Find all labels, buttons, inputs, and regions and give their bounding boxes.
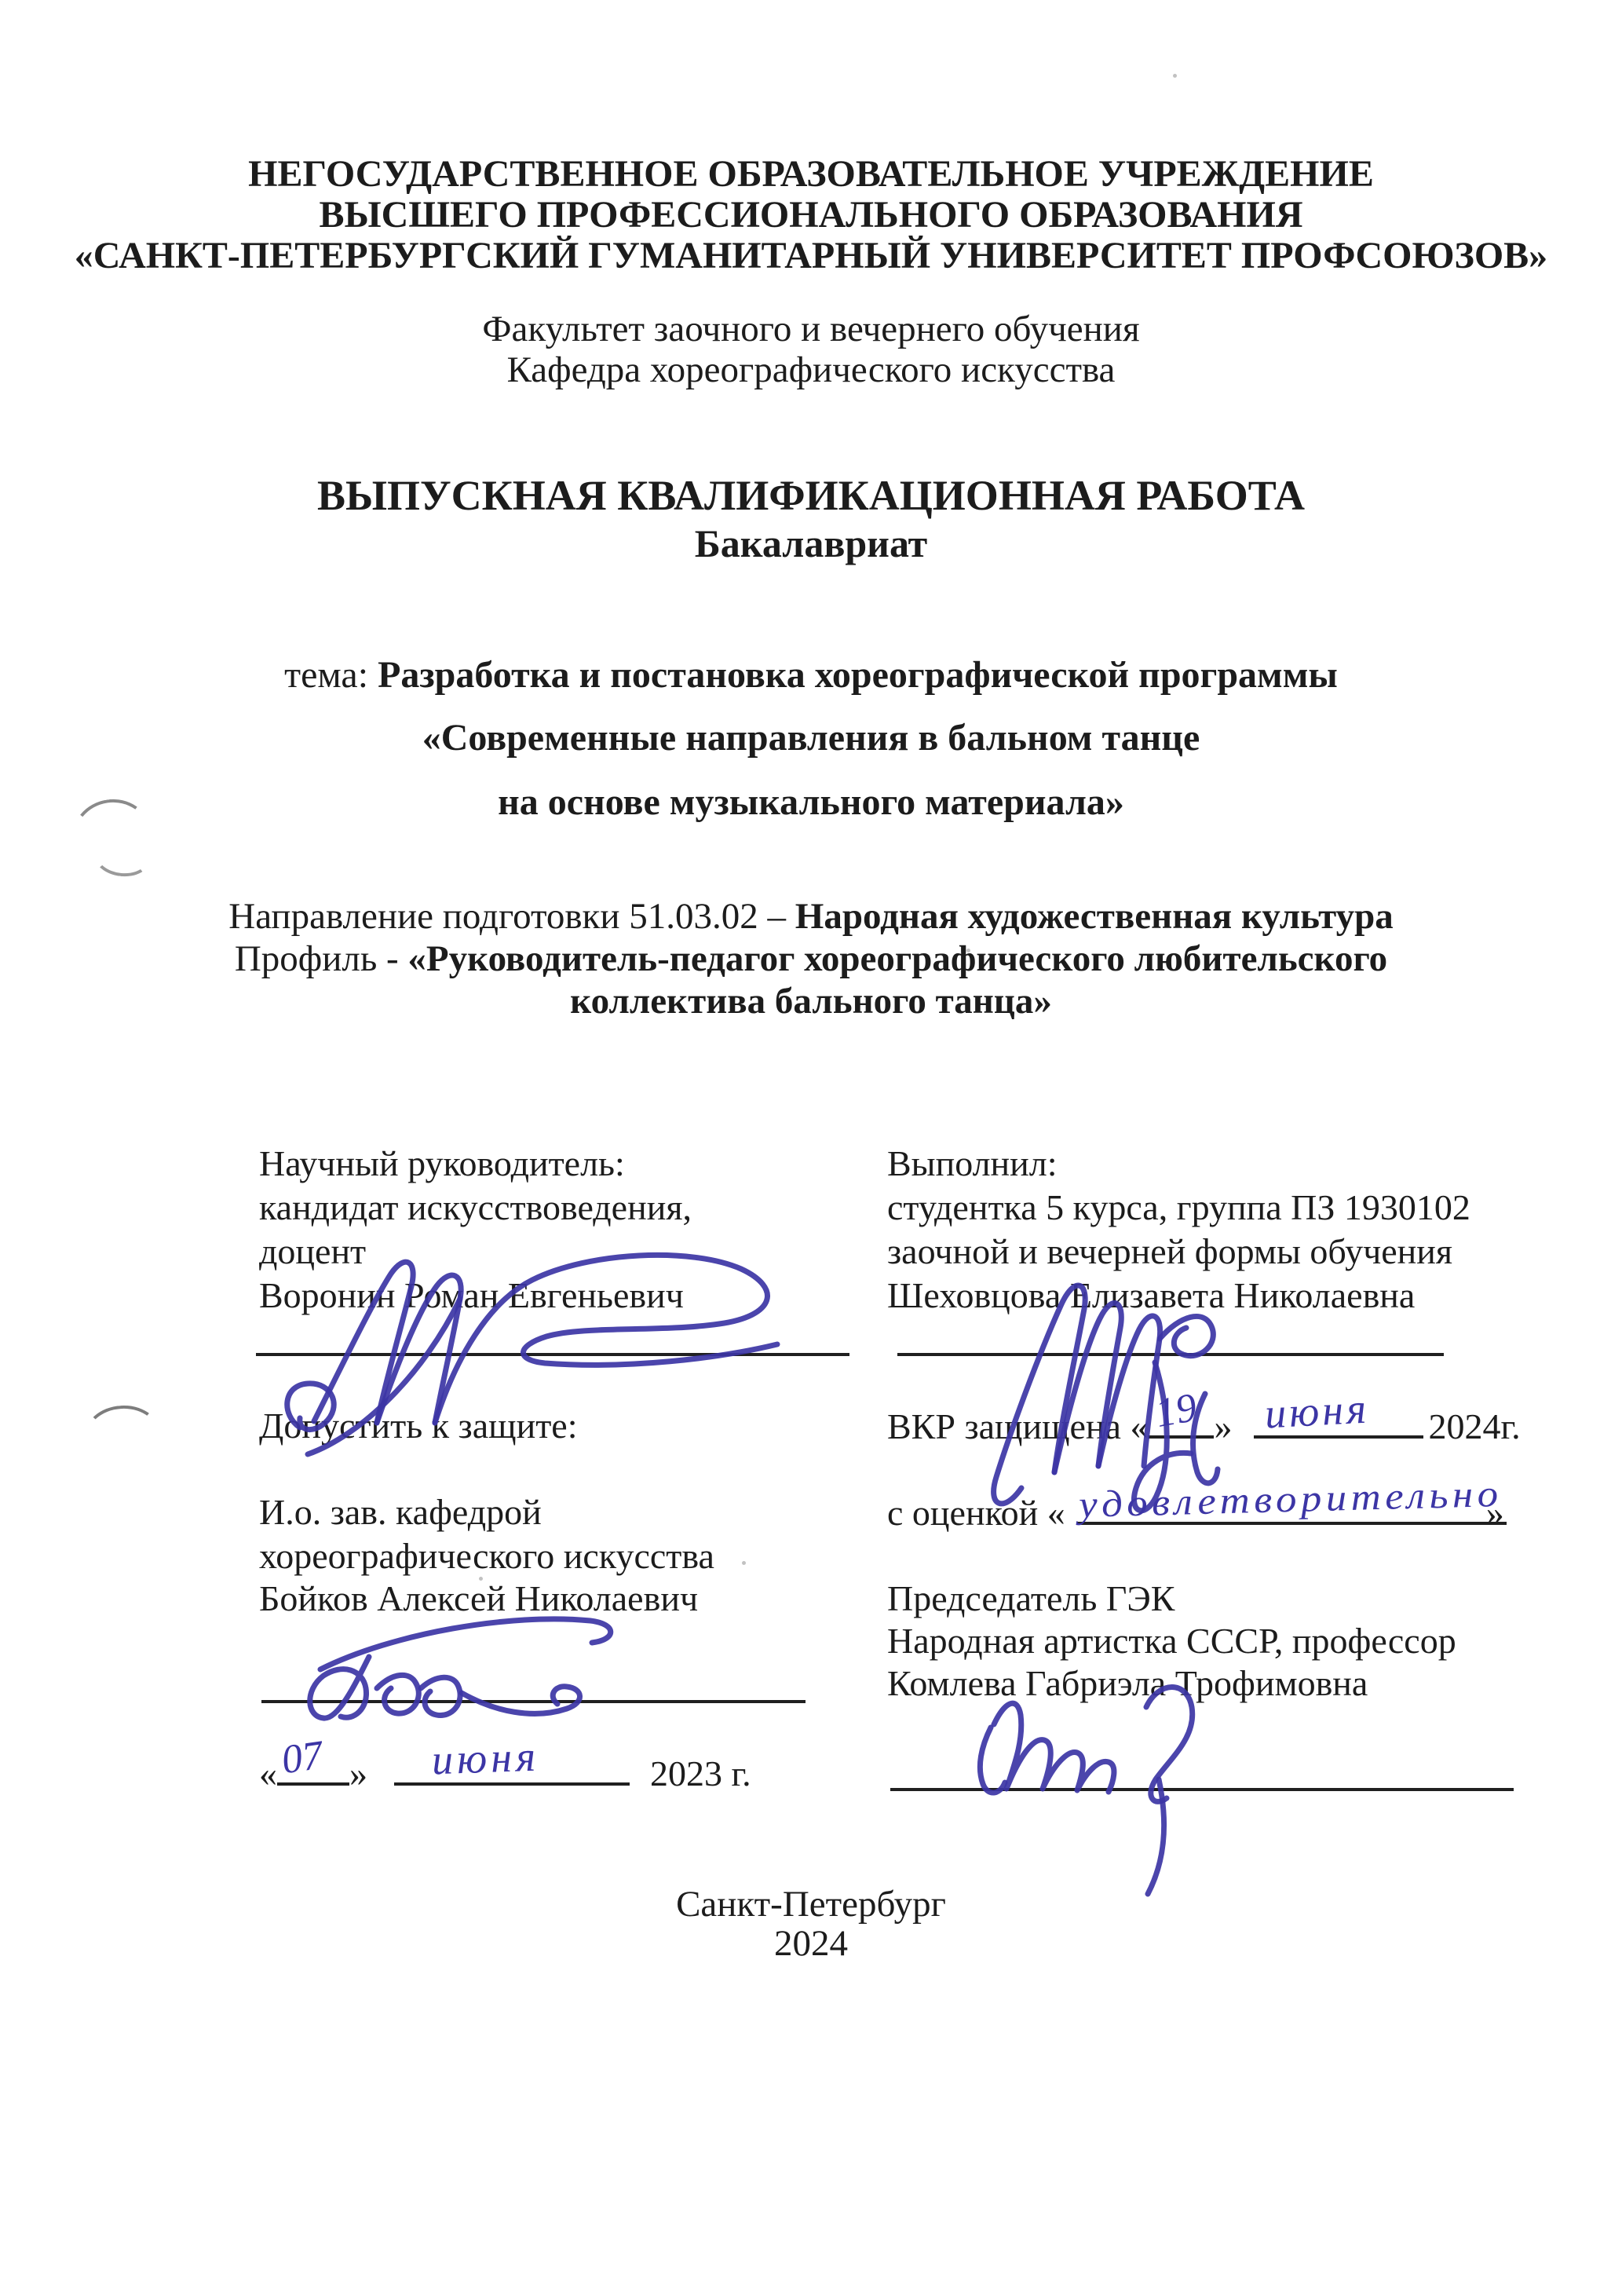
admission-close-quote: » [349, 1753, 367, 1793]
head-signature-line [261, 1700, 806, 1703]
admission-year: 2023 г. [650, 1753, 751, 1793]
head-position: И.о. зав. кафедрой [259, 1492, 542, 1534]
student-label: Выполнил: [887, 1143, 1058, 1185]
admission-open-quote: « [259, 1753, 277, 1793]
admission-month-blank: июня [394, 1775, 630, 1786]
defense-month-blank: июня [1254, 1428, 1423, 1439]
theme-label: тема: [284, 654, 368, 696]
work-type-title: ВЫПУСКНАЯ КВАЛИФИКАЦИОННАЯ РАБОТА [0, 471, 1622, 520]
institution-name-line2: ВЫСШЕГО ПРОФЕССИОНАЛЬНОГО ОБРАЗОВАНИЯ [0, 193, 1622, 236]
student-group-line: студентка 5 курса, группа ПЗ 1930102 [887, 1187, 1470, 1229]
advisor-rank: доцент [259, 1231, 366, 1273]
grade-handwritten: удовлетворительно [1078, 1472, 1503, 1526]
student-signature-line [897, 1353, 1444, 1356]
institution-name-line1: НЕГОСУДАРСТВЕННОЕ ОБРАЗОВАТЕЛЬНОЕ УЧРЕЖД… [0, 152, 1622, 196]
defense-day-blank: 19 [1148, 1428, 1214, 1439]
advisor-degree: кандидат искусствоведения, [259, 1187, 692, 1229]
footer-city: Санкт-Петербург [0, 1883, 1622, 1925]
admit-label: Допустить к защите: [259, 1406, 578, 1447]
scan-speck [1173, 74, 1177, 78]
chairman-label: Председатель ГЭК [887, 1578, 1174, 1620]
advisor-name: Воронин Роман Евгеньевич [259, 1275, 684, 1317]
admission-day-blank: 07 [277, 1775, 349, 1786]
defense-prefix: ВКР защищена « [887, 1406, 1148, 1446]
defense-day-handwritten: 19 [1153, 1384, 1200, 1437]
student-form-line: заочной и вечерней формы обучения [887, 1231, 1452, 1273]
theme-line1: тема: Разработка и постановка хореографи… [0, 653, 1622, 696]
chairman-signature-line [890, 1788, 1514, 1791]
grade-prefix: с оценкой « [887, 1493, 1065, 1533]
faculty-line: Факультет заочного и вечернего обучения [0, 308, 1622, 350]
degree-level: Бакалавриат [0, 521, 1622, 567]
institution-name-line3: «САНКТ-ПЕТЕРБУРГСКИЙ ГУМАНИТАРНЫЙ УНИВЕР… [0, 234, 1622, 277]
head-department: хореографического искусства [259, 1536, 714, 1578]
theme-line2: «Современные направления в бальном танце [0, 716, 1622, 759]
department-line: Кафедра хореографического искусства [0, 349, 1622, 391]
admission-day-handwritten: 07 [279, 1732, 326, 1784]
advisor-signature-line [256, 1353, 849, 1356]
chairman-name: Комлева Габриэла Трофимовна [887, 1663, 1368, 1705]
admission-date-row: «07»июня2023 г. [259, 1753, 751, 1794]
grade-blank: удовлетворительно [1076, 1514, 1507, 1525]
direction-line: Направление подготовки 51.03.02 – Народн… [0, 895, 1622, 938]
grade-row: с оценкой «удовлетворительно» [887, 1492, 1504, 1534]
head-name: Бойков Алексей Николаевич [259, 1578, 698, 1620]
profile-value-part1: «Руководитель-педагог хореографического … [407, 938, 1387, 979]
defense-infix: » [1214, 1406, 1232, 1446]
defense-year: 2024г. [1428, 1406, 1520, 1446]
profile-line1: Профиль - «Руководитель-педагог хореогра… [0, 938, 1622, 980]
student-name: Шеховцова Елизавета Николаевна [887, 1275, 1415, 1317]
theme-line3: на основе музыкального материала» [0, 781, 1622, 824]
defense-month-handwritten: июня [1264, 1384, 1371, 1439]
direction-label: Направление подготовки 51.03.02 – [228, 896, 786, 937]
profile-label: Профиль - [235, 938, 399, 979]
scanned-thesis-title-page: НЕГОСУДАРСТВЕННОЕ ОБРАЗОВАТЕЛЬНОЕ УЧРЕЖД… [0, 0, 1622, 2296]
hole-punch-mark-bottom [83, 1403, 163, 1467]
chairman-title: Народная артистка СССР, профессор [887, 1621, 1456, 1662]
scan-speck [742, 1561, 746, 1565]
theme-title-part1: Разработка и постановка хореографической… [378, 654, 1338, 696]
admission-month-handwritten: июня [431, 1732, 540, 1785]
advisor-label: Научный руководитель: [259, 1143, 625, 1185]
profile-line2: коллектива бального танца» [0, 980, 1622, 1022]
defense-date-row: ВКР защищена «19»июня2024г. [887, 1406, 1521, 1447]
direction-value: Народная художественная культура [795, 896, 1394, 937]
footer-year: 2024 [0, 1922, 1622, 1965]
